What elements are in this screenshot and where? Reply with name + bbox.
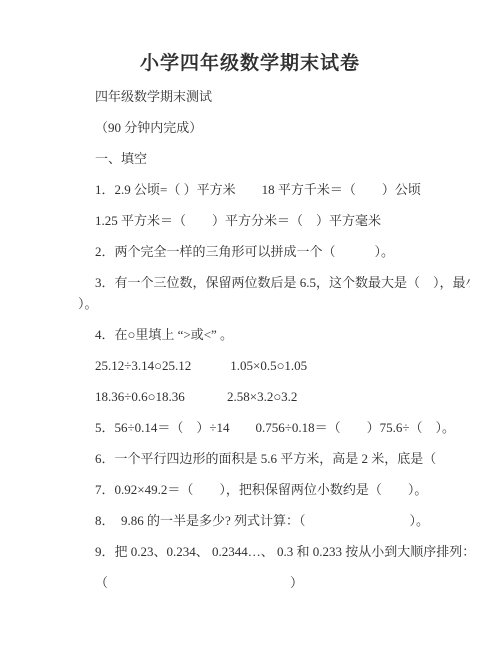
- question-line: 18.36÷0.6○18.36 2.58×3.2○3.2: [78, 386, 470, 407]
- question-line: 9．把 0.23、0.234、 0.2344…、 0.3 和 0.233 按从小…: [78, 541, 470, 562]
- section-heading: 一、填空: [78, 148, 470, 169]
- question-line: 2．两个完全一样的三角形可以拼成一个（ ）。: [78, 241, 470, 262]
- question-line: 6．一个平行四边形的面积是 5.6 平方米，高是 2 米，底是（ ）米。: [78, 448, 470, 469]
- question-line: （ ）: [78, 572, 470, 593]
- question-line: 8． 9.86 的一半是多少? 列式计算：（ ）。: [78, 510, 470, 531]
- question-list: 1．2.9 公顷=（ ）平方米 18 平方千米＝（ ）公顷1.25 平方米＝（ …: [78, 179, 470, 593]
- question-line: 1．2.9 公顷=（ ）平方米 18 平方千米＝（ ）公顷: [78, 179, 470, 200]
- question-line: 4．在○里填上 “>或<” 。: [78, 324, 470, 345]
- question-line: 1.25 平方米＝（ ）平方分米＝（ ）平方毫米: [78, 210, 470, 231]
- question-line: 7．0.92×49.2＝（ ），把积保留两位小数约是（ ）。: [78, 479, 470, 500]
- page-title: 小学四年级数学期末试卷: [0, 0, 500, 76]
- exam-content: 四年级数学期末测试 （90 分钟内完成） 一、填空 1．2.9 公顷=（ ）平方…: [0, 86, 500, 593]
- time-note: （90 分钟内完成）: [78, 117, 470, 138]
- exam-page: 小学四年级数学期末试卷 四年级数学期末测试 （90 分钟内完成） 一、填空 1．…: [0, 0, 500, 647]
- question-line: 3．有一个三位数，保留两位数后是 6.5，这个数最大是（ ），最小是（: [78, 272, 470, 293]
- question-line: ）。: [78, 293, 470, 314]
- exam-subtitle: 四年级数学期末测试: [78, 86, 470, 107]
- question-line: 25.12÷3.14○25.12 1.05×0.5○1.05: [78, 355, 470, 376]
- question-line: 5．56÷0.14＝（ ）÷14 0.756÷0.18＝（ ）75.6÷（ ）。: [78, 417, 470, 438]
